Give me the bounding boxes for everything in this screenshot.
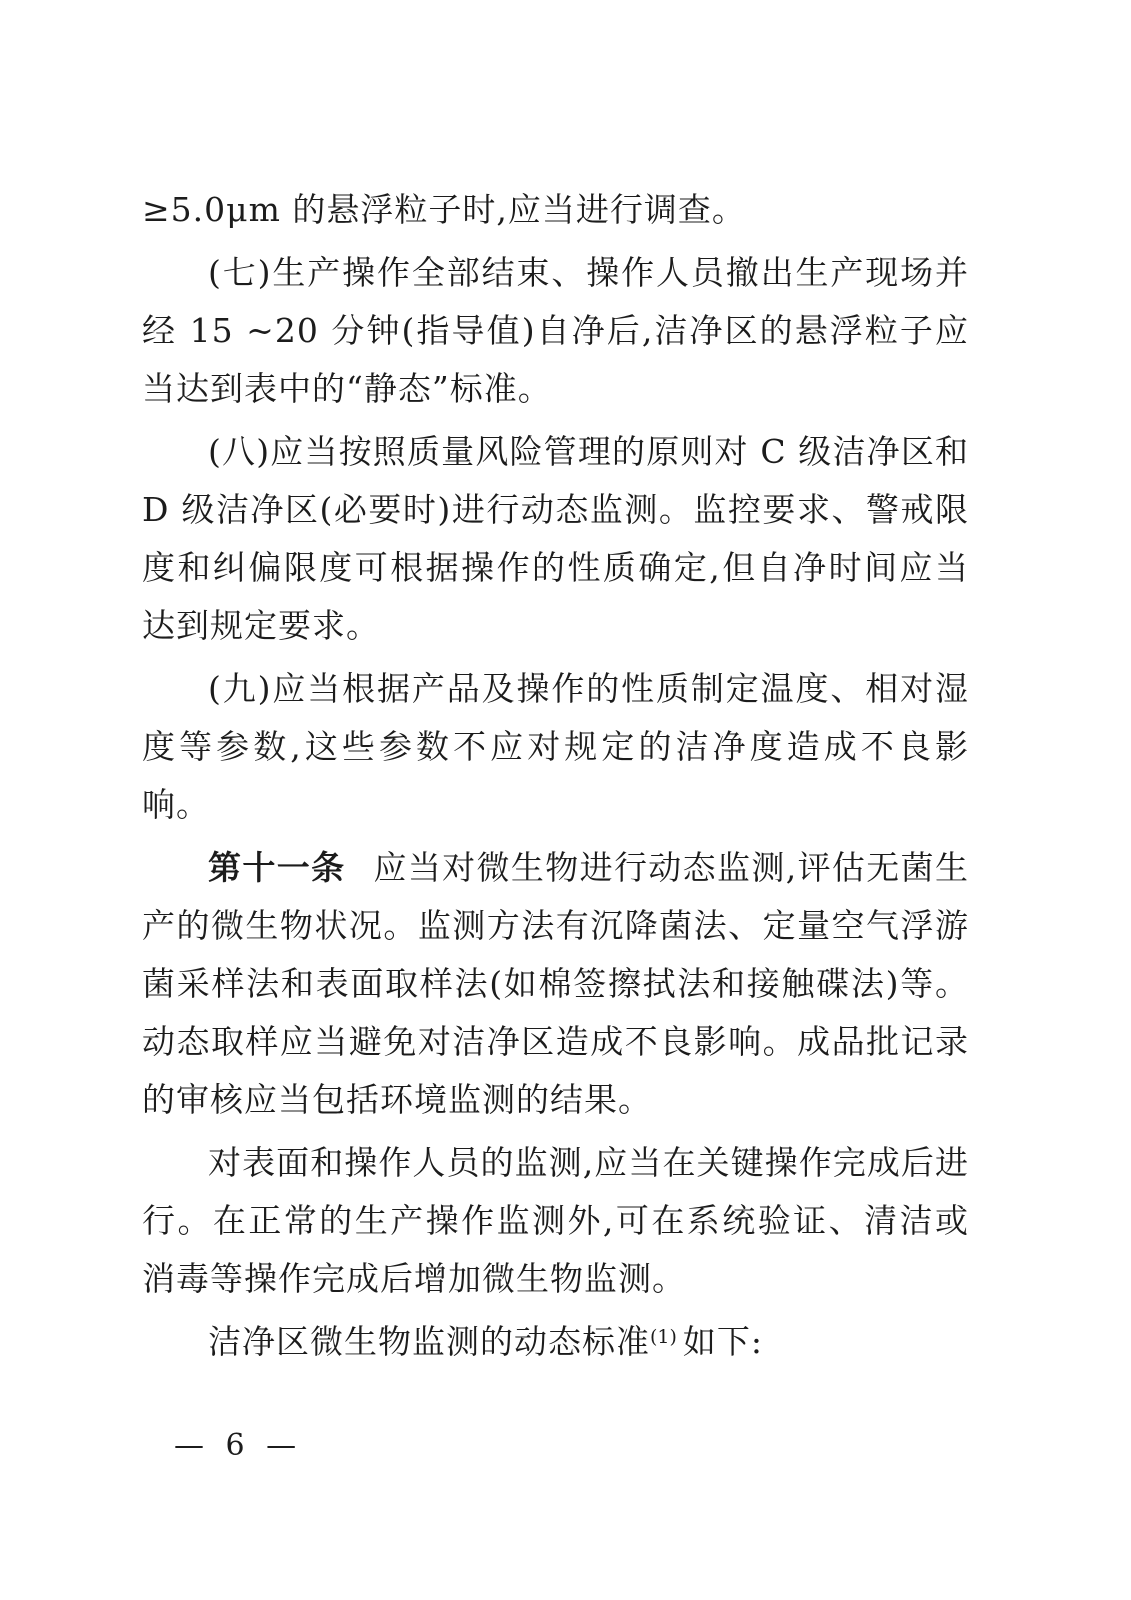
microbial-standard-text-after: 如下:: [683, 1322, 763, 1361]
microbial-standard-text-before: 洁净区微生物监测的动态标准: [208, 1322, 650, 1361]
paragraph-article-11: 第十一条应当对微生物进行动态监测,评估无菌生产的微生物状况。监测方法有沉降菌法、…: [142, 839, 969, 1129]
page-footer: — 6 —: [174, 1426, 298, 1466]
paragraph-continuation-particles: ≥5.0μm 的悬浮粒子时,应当进行调查。: [142, 181, 969, 239]
article-number-lead: 第十一条: [208, 848, 373, 887]
document-body: ≥5.0μm 的悬浮粒子时,应当进行调查。 (七)生产操作全部结束、操作人员撤出…: [142, 181, 969, 1376]
article-11-text: 应当对微生物进行动态监测,评估无菌生产的微生物状况。监测方法有沉降菌法、定量空气…: [142, 848, 969, 1119]
document-page: ≥5.0μm 的悬浮粒子时,应当进行调查。 (七)生产操作全部结束、操作人员撤出…: [0, 0, 1131, 1600]
paragraph-item-9: (九)应当根据产品及操作的性质制定温度、相对湿度等参数,这些参数不应对规定的洁净…: [142, 660, 969, 834]
footnote-superscript: (1): [650, 1326, 683, 1348]
paragraph-surface-monitoring: 对表面和操作人员的监测,应当在关键操作完成后进行。在正常的生产操作监测外,可在系…: [142, 1134, 969, 1308]
paragraph-item-7: (七)生产操作全部结束、操作人员撤出生产现场并经 15 ~20 分钟(指导值)自…: [142, 244, 969, 418]
paragraph-item-8: (八)应当按照质量风险管理的原则对 C 级洁净区和 D 级洁净区(必要时)进行动…: [142, 423, 969, 655]
paragraph-microbial-standard-intro: 洁净区微生物监测的动态标准(1)如下:: [142, 1313, 969, 1371]
